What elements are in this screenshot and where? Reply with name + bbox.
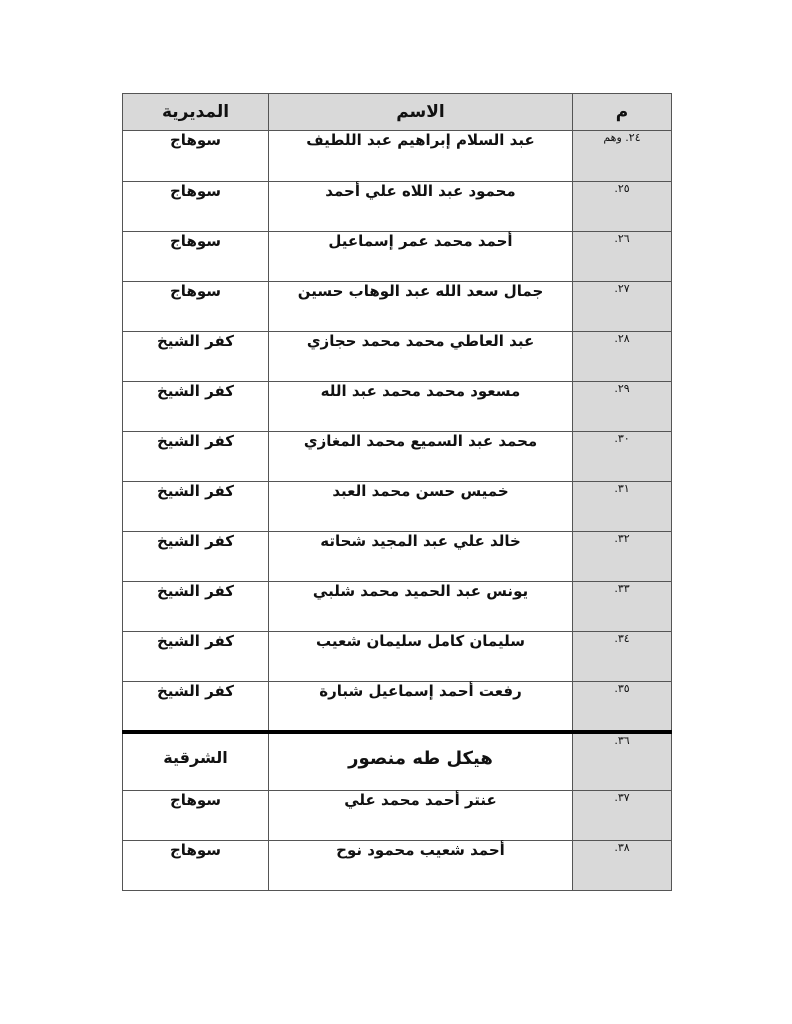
table-row-section-divider: ٣٦. هيكل طه منصور الشرقية [123, 732, 672, 791]
row-number: ٢٤. وهم [573, 131, 672, 182]
row-number: ٣٦. [573, 732, 672, 791]
header-number: م [573, 94, 672, 131]
row-number: ٢٥. [573, 182, 672, 232]
row-name: يونس عبد الحميد محمد شلبي [269, 582, 573, 632]
table-row: ٣٧. عنتر أحمد محمد علي سوهاج [123, 791, 672, 841]
table-row: ٢٤. وهم عبد السلام إبراهيم عبد اللطيف سو… [123, 131, 672, 182]
row-name: جمال سعد الله عبد الوهاب حسين [269, 282, 573, 332]
row-directorate: الشرقية [123, 732, 269, 791]
row-name: مسعود محمد محمد عبد الله [269, 382, 573, 432]
table-row: ٢٩. مسعود محمد محمد عبد الله كفر الشيخ [123, 382, 672, 432]
row-number: ٣٧. [573, 791, 672, 841]
table-row: ٢٧. جمال سعد الله عبد الوهاب حسين سوهاج [123, 282, 672, 332]
row-name: عنتر أحمد محمد علي [269, 791, 573, 841]
row-directorate: كفر الشيخ [123, 332, 269, 382]
row-number: ٣٣. [573, 582, 672, 632]
row-name: خالد علي عبد المجيد شحاته [269, 532, 573, 582]
row-number: ٢٦. [573, 232, 672, 282]
row-name: هيكل طه منصور [269, 732, 573, 791]
row-directorate: كفر الشيخ [123, 632, 269, 682]
table-row: ٣٨. أحمد شعيب محمود نوح سوهاج [123, 841, 672, 891]
row-directorate: كفر الشيخ [123, 382, 269, 432]
row-number: ٣٥. [573, 682, 672, 732]
row-number: ٣٠. [573, 432, 672, 482]
header-directorate: المديرية [123, 94, 269, 131]
row-directorate: كفر الشيخ [123, 532, 269, 582]
table-row: ٣٢. خالد علي عبد المجيد شحاته كفر الشيخ [123, 532, 672, 582]
row-name: عبد العاطي محمد محمد حجازي [269, 332, 573, 382]
row-name: محمود عبد اللاه علي أحمد [269, 182, 573, 232]
table-header-row: م الاسم المديرية [123, 94, 672, 131]
row-directorate: كفر الشيخ [123, 582, 269, 632]
table-row: ٢٥. محمود عبد اللاه علي أحمد سوهاج [123, 182, 672, 232]
header-name: الاسم [269, 94, 573, 131]
row-directorate: سوهاج [123, 282, 269, 332]
row-number: ٢٨. [573, 332, 672, 382]
row-number: ٣٤. [573, 632, 672, 682]
row-name: عبد السلام إبراهيم عبد اللطيف [269, 131, 573, 182]
row-directorate: كفر الشيخ [123, 432, 269, 482]
row-number: ٣٨. [573, 841, 672, 891]
row-name: رفعت أحمد إسماعيل شبارة [269, 682, 573, 732]
row-name: خميس حسن محمد العبد [269, 482, 573, 532]
table-row: ٣٥. رفعت أحمد إسماعيل شبارة كفر الشيخ [123, 682, 672, 732]
table-row: ٣٤. سليمان كامل سليمان شعيب كفر الشيخ [123, 632, 672, 682]
table-row: ٣٠. محمد عبد السميع محمد المغازي كفر الش… [123, 432, 672, 482]
row-directorate: سوهاج [123, 182, 269, 232]
row-number: ٢٧. [573, 282, 672, 332]
document-page: م الاسم المديرية ٢٤. وهم عبد السلام إبرا… [0, 0, 792, 1024]
row-name: أحمد شعيب محمود نوح [269, 841, 573, 891]
row-directorate: كفر الشيخ [123, 482, 269, 532]
row-name: سليمان كامل سليمان شعيب [269, 632, 573, 682]
row-directorate: سوهاج [123, 131, 269, 182]
row-number: ٣٢. [573, 532, 672, 582]
table-row: ٢٨. عبد العاطي محمد محمد حجازي كفر الشيخ [123, 332, 672, 382]
row-directorate: سوهاج [123, 841, 269, 891]
row-directorate: سوهاج [123, 232, 269, 282]
row-number: ٢٩. [573, 382, 672, 432]
row-number: ٣١. [573, 482, 672, 532]
row-directorate: سوهاج [123, 791, 269, 841]
table-row: ٢٦. أحمد محمد عمر إسماعيل سوهاج [123, 232, 672, 282]
table-row: ٣٣. يونس عبد الحميد محمد شلبي كفر الشيخ [123, 582, 672, 632]
row-directorate: كفر الشيخ [123, 682, 269, 732]
row-name: محمد عبد السميع محمد المغازي [269, 432, 573, 482]
names-table: م الاسم المديرية ٢٤. وهم عبد السلام إبرا… [122, 93, 672, 891]
table-row: ٣١. خميس حسن محمد العبد كفر الشيخ [123, 482, 672, 532]
row-name: أحمد محمد عمر إسماعيل [269, 232, 573, 282]
